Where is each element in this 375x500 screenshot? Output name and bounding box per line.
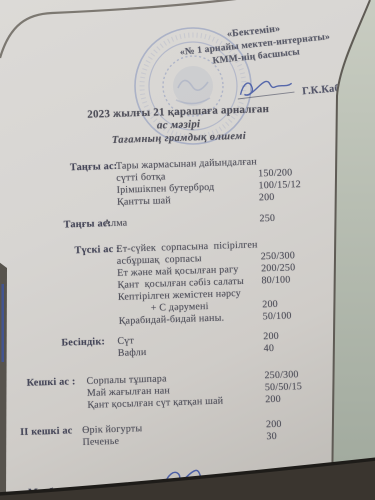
section-items: Тары жармасынан дайындалған сүтті ботқа1…: [116, 154, 347, 209]
menu-section: Бесіндік:Сүт200Вафли40: [11, 329, 352, 364]
document-body: 2023 жылғы 21 қарашаға арналған ас мәзір…: [4, 101, 356, 499]
item-value: 250: [259, 211, 347, 226]
nurse-name: Г. К.Дюсенова: [81, 484, 152, 497]
menu-section: Түскі ас :Ет-сүйек сорпасына пісірілген …: [8, 237, 350, 332]
item-value: 200: [265, 392, 353, 407]
menu-item: Алма250: [103, 211, 347, 231]
menu-section: Кешкі ас :Сорпалы тұшпара250/300Май жағы…: [12, 368, 353, 415]
nurse-signature-icon: [158, 465, 233, 495]
section-items: Сорпалы тұшпара250/300Май жағылған нан50…: [86, 368, 353, 412]
section-label: Бесіндік:: [61, 336, 105, 349]
section-label: Таңғы ас:: [64, 218, 112, 231]
menu-section: Таңғы ас:Тары жармасынан дайындалған сүт…: [6, 154, 347, 213]
section-label: Кешкі ас :: [26, 376, 75, 390]
item-value: 30: [266, 428, 354, 443]
item-value: 200: [259, 190, 347, 205]
section-label: Таңғы ас:: [70, 161, 118, 174]
section-items: Сүт200Вафли40: [117, 329, 352, 360]
section-items: Алма250: [103, 211, 347, 231]
section-label: Түскі ас :: [74, 244, 120, 257]
nurse-role-label: Медбике:: [28, 486, 75, 498]
section-items: Ет-сүйек сорпасына пісірілген асбұршақ с…: [116, 237, 351, 328]
menu-section: ІІ кешкі асӨрік йогурты200Печенье30: [14, 417, 355, 452]
nurse-signature: [158, 465, 233, 498]
menu: Таңғы ас:Тары жармасынан дайындалған сүт…: [6, 154, 355, 452]
item-value: 50/100: [262, 309, 350, 324]
item-value: 40: [263, 341, 351, 356]
item-name: Алма: [103, 213, 259, 230]
section-label: ІІ кешкі ас: [20, 425, 73, 439]
section-items: Өрік йогурты200Печенье30: [82, 417, 355, 450]
menu-section: Таңғы ас:Алма250: [8, 211, 348, 234]
